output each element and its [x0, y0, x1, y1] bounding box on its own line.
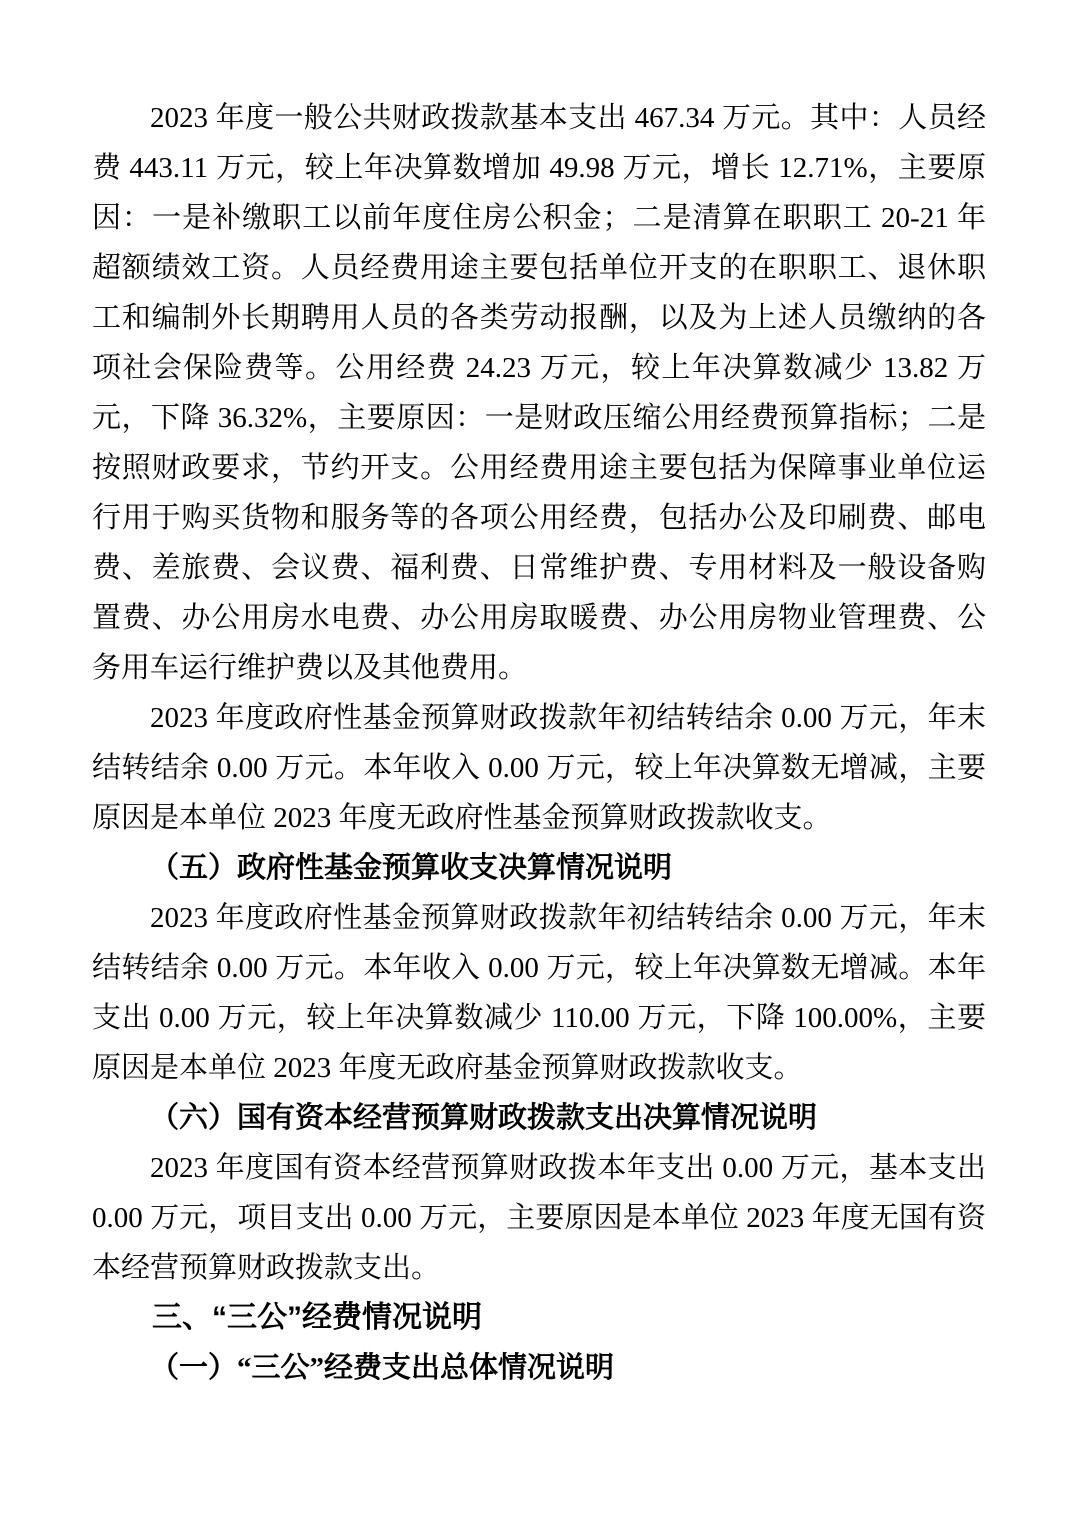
paragraph: 2023 年度一般公共财政拨款基本支出 467.34 万元。其中：人员经费 44…: [92, 93, 986, 693]
paragraph: 2023 年度政府性基金预算财政拨款年初结转结余 0.00 万元，年末结转结余 …: [92, 693, 986, 843]
sub-heading: （五）政府性基金预算收支决算情况说明: [92, 843, 986, 893]
document-page: 2023 年度一般公共财政拨款基本支出 467.34 万元。其中：人员经费 44…: [0, 0, 1074, 1520]
document-content: 2023 年度一般公共财政拨款基本支出 467.34 万元。其中：人员经费 44…: [92, 93, 986, 1393]
paragraph: 2023 年度政府性基金预算财政拨款年初结转结余 0.00 万元，年末结转结余 …: [92, 893, 986, 1093]
section-heading: 三、“三公”经费情况说明: [92, 1293, 986, 1343]
sub-heading: （六）国有资本经营预算财政拨款支出决算情况说明: [92, 1093, 986, 1143]
paragraph: 2023 年度国有资本经营预算财政拨本年支出 0.00 万元，基本支出 0.00…: [92, 1143, 986, 1293]
sub-heading: （一）“三公”经费支出总体情况说明: [92, 1343, 986, 1393]
